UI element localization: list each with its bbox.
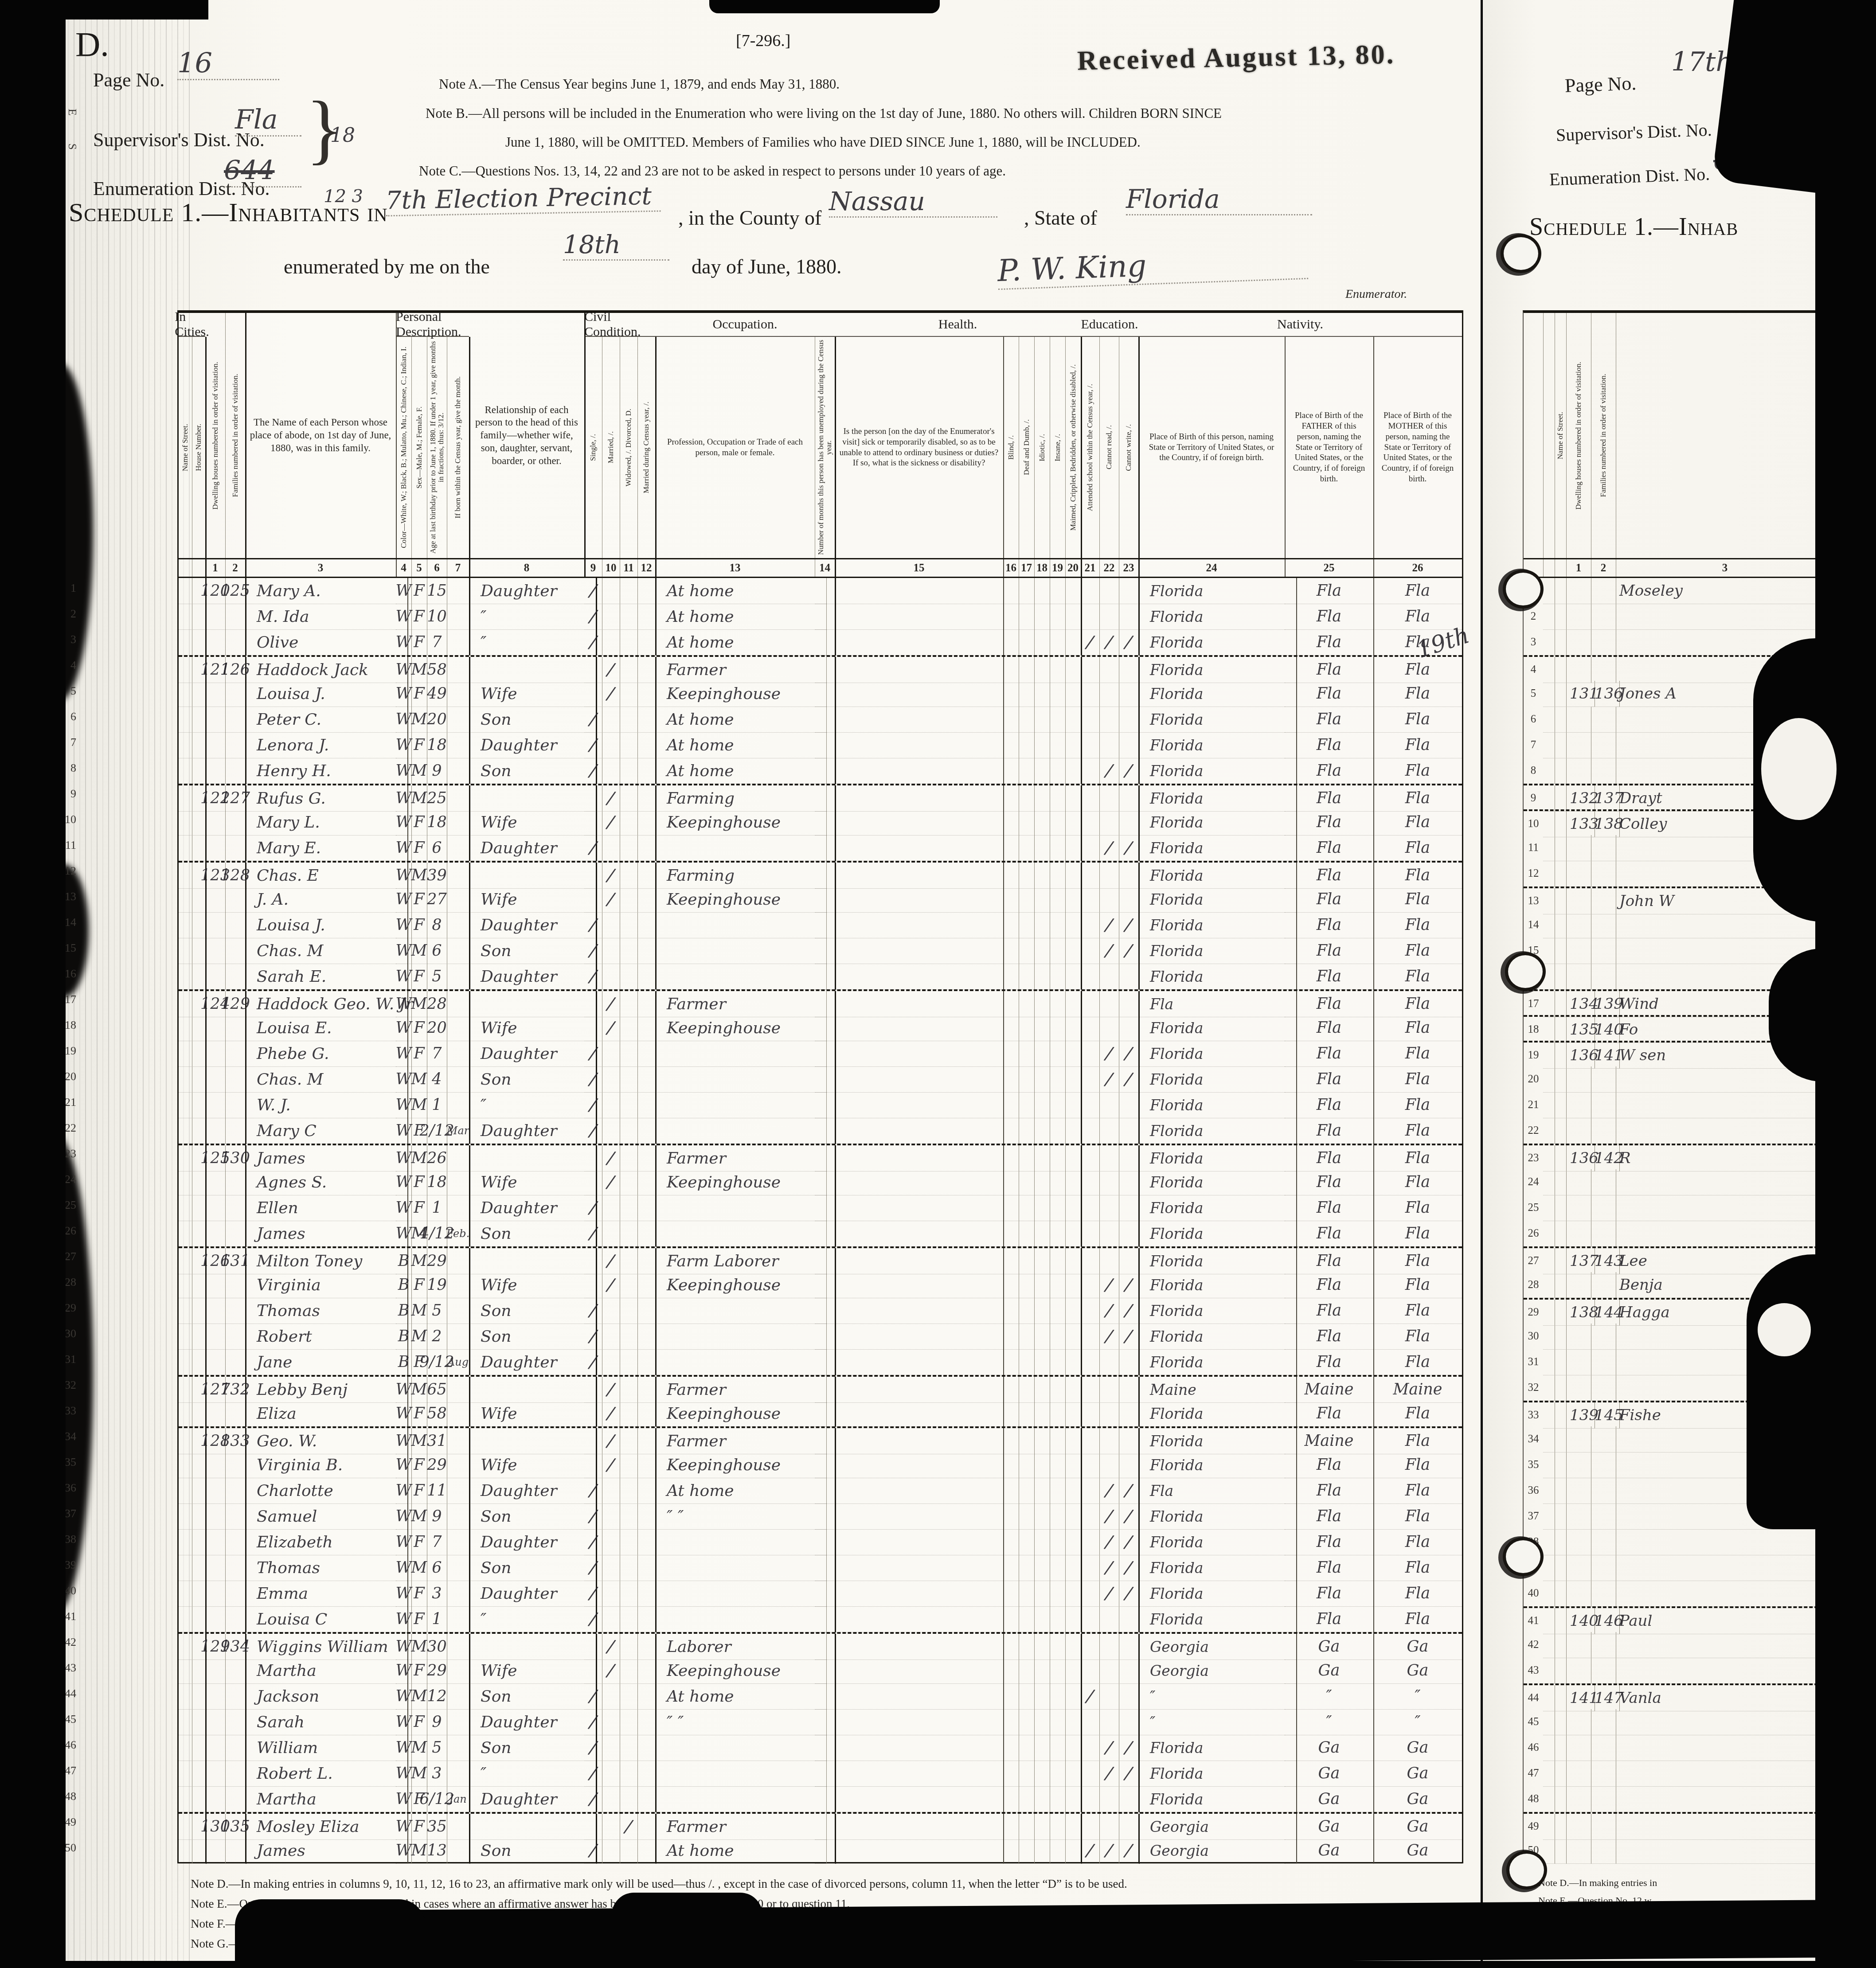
row-cell: / (1099, 758, 1119, 784)
row-cell (1034, 1377, 1050, 1403)
rp-row-number: 35 (1524, 1452, 1543, 1478)
row-cell: / (602, 1634, 620, 1660)
row-cell (447, 1272, 470, 1298)
row-cell: 18 (427, 1169, 447, 1195)
row-cell (225, 1221, 246, 1247)
row-cell (1050, 1786, 1066, 1812)
row-cell: Wife (469, 886, 597, 913)
row-cell: / (584, 1761, 602, 1787)
table-row: VirginiaBF19Wife/Keepinghouse//FloridaFl… (179, 1272, 1462, 1298)
row-cell: 4/12 (427, 1221, 447, 1247)
row-cell (584, 1248, 602, 1274)
row-cell: 6 (427, 835, 447, 861)
rp-row-cell (1591, 1709, 1616, 1735)
row-cell: W (396, 1118, 412, 1144)
rp-row-cell (1566, 629, 1591, 656)
row-cell (835, 1683, 1004, 1710)
row-cell: Georgia (1138, 1838, 1297, 1864)
rp-row-cell (1616, 1092, 1834, 1118)
row-cell: 128 (225, 863, 246, 889)
rp-table-row: 21 (1524, 1092, 1834, 1118)
rp-row-cell (1591, 1452, 1616, 1478)
row-cell: / (1099, 1555, 1119, 1581)
row-cell (1050, 707, 1066, 733)
rp-table-row: 24 (1524, 1169, 1834, 1195)
row-cell: Martha (245, 1658, 408, 1684)
column-header-label: Number of months this person has been un… (816, 337, 834, 558)
row-cell (1119, 578, 1140, 604)
row-cell (225, 1478, 246, 1504)
row-cell: / (1119, 1272, 1140, 1298)
row-cell (1003, 1195, 1019, 1221)
table-row: Chas. MWM4Son///FloridaFlaFla (179, 1066, 1462, 1092)
row-cell (205, 629, 226, 656)
row-cell (447, 629, 470, 656)
row-cell: Fla (1373, 1581, 1462, 1607)
row-cell: Ga (1285, 1634, 1374, 1660)
row-cell (1034, 809, 1050, 836)
schedule-place: 7th Election Precinct (385, 182, 661, 217)
row-cell (835, 1658, 1004, 1684)
row-cell (1050, 1349, 1066, 1375)
row-cell (225, 1503, 246, 1530)
row-cell (620, 886, 638, 913)
row-cell: At home (655, 732, 827, 758)
row-cell: Keepinghouse (655, 886, 827, 913)
row-cell (835, 732, 1004, 758)
row-cell: 9 (427, 1709, 447, 1735)
rp-row-cell (1555, 732, 1567, 758)
rp-row-cell (1555, 835, 1567, 861)
row-cell (1019, 1581, 1035, 1607)
row-cell (620, 1529, 638, 1555)
row-cell: M (411, 1145, 427, 1171)
rp-row-cell (1543, 1581, 1555, 1607)
row-cell: / (602, 809, 620, 836)
table-row: MarthaWF29Wife/KeepinghouseGeorgiaGaGa (179, 1658, 1462, 1683)
rp-page-no-label: Page No. (1564, 72, 1637, 97)
row-cell (1065, 1503, 1082, 1530)
rp-table-row: 38 (1524, 1529, 1834, 1555)
row-cell (1019, 809, 1035, 836)
row-cell (1019, 1145, 1035, 1171)
row-cell (1065, 886, 1082, 913)
row-cell (1081, 1298, 1100, 1324)
row-cell: Florida (1138, 1324, 1297, 1350)
row-cell: 9 (427, 758, 447, 784)
row-cell: Louisa J. (245, 681, 408, 707)
rp-column-number: 2 (1591, 559, 1616, 577)
row-cell (1081, 1761, 1100, 1787)
rp-row-cell (1566, 1452, 1591, 1478)
row-cell (1050, 1606, 1066, 1632)
row-cell: Maine (1138, 1377, 1297, 1403)
row-cell (1065, 991, 1082, 1017)
row-cell (447, 1066, 470, 1093)
column-header-label: Married during Census year, /. (641, 399, 651, 496)
rp-row-number: 30 (1524, 1324, 1543, 1349)
column-header-label: Married, /. (606, 429, 616, 466)
row-cell: ″ (1285, 1683, 1374, 1710)
row-cell: Fla (1285, 578, 1374, 604)
row-cell: Fla (1285, 1529, 1374, 1555)
row-cell (1065, 1324, 1082, 1350)
row-cell (192, 1735, 207, 1761)
row-cell (1119, 1709, 1140, 1735)
row-cell: Daughter (469, 1786, 597, 1812)
column-number: 12 (637, 559, 657, 577)
rp-column-header-label: Name of Street. (1556, 409, 1565, 462)
row-cell: Fla (1285, 1606, 1374, 1632)
row-cell: / (1099, 1066, 1119, 1093)
rp-row-number: 46 (1524, 1735, 1543, 1761)
rp-row-cell (1566, 888, 1591, 914)
row-cell (1099, 1015, 1119, 1041)
column-header: Dwelling houses numbered in order of vis… (205, 313, 226, 558)
row-cell (1065, 863, 1082, 889)
row-cell: B (396, 1349, 412, 1375)
row-cell (620, 657, 638, 683)
row-cell (637, 732, 657, 758)
row-cell (1034, 1401, 1050, 1427)
rp-row-cell (1616, 1632, 1834, 1658)
row-cell (205, 1683, 226, 1710)
row-cell: 49 (427, 681, 447, 707)
row-cell (1034, 1015, 1050, 1041)
row-cell (1081, 1658, 1100, 1684)
row-cell: ″ (469, 1761, 597, 1787)
row-cell (637, 1015, 657, 1041)
column-group-label: Education. (1081, 313, 1138, 337)
row-cell: B (396, 1298, 412, 1324)
row-cell (1050, 1658, 1066, 1684)
row-cell: Fla (1373, 1272, 1462, 1298)
row-cell: / (584, 835, 602, 861)
row-cell (602, 629, 620, 656)
row-cell (179, 835, 192, 861)
row-cell (1081, 1606, 1100, 1632)
row-cell: / (1099, 1503, 1119, 1530)
row-cell (447, 938, 470, 964)
row-cell (835, 1324, 1004, 1350)
row-cell: B (396, 1248, 412, 1274)
row-cell (1019, 604, 1035, 630)
row-cell (225, 1555, 246, 1581)
row-cell (1119, 809, 1140, 836)
row-cell: Ga (1373, 1786, 1462, 1812)
row-cell: M (411, 991, 427, 1017)
rp-row-number: 33 (1524, 1402, 1543, 1428)
row-cell (1081, 886, 1100, 913)
rp-row-cell (1566, 1349, 1591, 1375)
row-cell (1119, 1092, 1140, 1118)
row-cell: Keepinghouse (655, 1452, 827, 1478)
row-cell: James (245, 1145, 408, 1171)
form-code: [7-296.] (736, 31, 790, 51)
row-cell (225, 1195, 246, 1221)
rp-table-row: 15 (1524, 938, 1834, 964)
row-cell: Maine (1285, 1377, 1374, 1403)
rp-table-row: 46 (1524, 1735, 1834, 1761)
rp-row-number: 29 (1524, 1300, 1543, 1325)
rp-census-table: Name of Street.Dwelling houses numbered … (1523, 310, 1834, 1862)
row-cell (620, 1349, 638, 1375)
row-cell: 7 (427, 629, 447, 656)
row-cell: Wife (469, 681, 597, 707)
row-cell: F (411, 1452, 427, 1478)
rp-schedule-title: Schedule 1.—Inhab (1529, 213, 1738, 241)
row-cell (1050, 912, 1066, 938)
row-cell (637, 785, 657, 812)
row-cell: M (411, 1634, 427, 1660)
row-cell (1099, 1683, 1119, 1710)
row-cell (655, 835, 827, 861)
table-row: 126131Milton ToneyBM29/Farm LaborerFlori… (179, 1246, 1462, 1274)
row-cell: Fla (1285, 912, 1374, 938)
rp-row-cell (1555, 1043, 1567, 1069)
row-cell: / (1099, 629, 1119, 656)
rp-row-number: 34 (1524, 1426, 1543, 1452)
rp-table-row: 40 (1524, 1581, 1834, 1606)
row-cell (192, 809, 207, 836)
row-cell: Florida (1138, 629, 1297, 656)
row-cell (1081, 1735, 1100, 1761)
row-cell: 125 (225, 578, 246, 604)
row-cell (1034, 732, 1050, 758)
row-cell: Wiggins William (245, 1634, 408, 1660)
row-cell (1119, 1634, 1140, 1660)
row-cell (1065, 707, 1082, 733)
column-number: 13 (655, 559, 815, 577)
row-cell: W (396, 578, 412, 604)
row-cell: At home (655, 1478, 827, 1504)
rp-row-number: 3 (1524, 629, 1543, 655)
row-cell (1081, 732, 1100, 758)
row-cell (1050, 1015, 1066, 1041)
rp-row-cell (1566, 707, 1591, 733)
rp-row-cell (1543, 861, 1555, 887)
row-cell: Peter C. (245, 707, 408, 733)
row-cell (835, 1786, 1004, 1812)
row-cell (1019, 1428, 1035, 1454)
column-number: 11 (620, 559, 638, 577)
row-cell: 129 (225, 991, 246, 1017)
row-cell (835, 1118, 1004, 1144)
table-row: J. A.WF27Wife/KeepinghouseFloridaFlaFla (179, 886, 1462, 912)
row-cell (1065, 1814, 1082, 1840)
row-cell: Wife (469, 809, 597, 836)
row-cell (1003, 681, 1019, 707)
row-cell: 10 (427, 604, 447, 630)
row-cell (179, 1169, 192, 1195)
column-number: 14 (815, 559, 836, 577)
rp-row-cell (1555, 1118, 1567, 1144)
row-cell (225, 1452, 246, 1478)
rp-row-cell (1555, 938, 1567, 964)
row-cell (1081, 1452, 1100, 1478)
row-cell (447, 1478, 470, 1504)
row-cell: 6/12 (427, 1786, 447, 1812)
row-cell (584, 1169, 602, 1195)
row-cell (1099, 1658, 1119, 1684)
row-cell (1081, 863, 1100, 889)
row-cell (447, 964, 470, 990)
rp-row-number: 18 (1524, 1017, 1543, 1043)
rp-row-cell (1555, 861, 1567, 887)
row-cell (1003, 732, 1019, 758)
row-cell (179, 785, 192, 812)
row-cell: / (1099, 912, 1119, 938)
row-cell: Fla (1285, 785, 1374, 812)
table-row: Lenora J.WF18Daughter/At homeFloridaFlaF… (179, 732, 1462, 758)
row-cell (1099, 1248, 1119, 1274)
row-cell (602, 1092, 620, 1118)
row-cell (1003, 809, 1019, 836)
row-cell (835, 1581, 1004, 1607)
row-cell (1081, 604, 1100, 630)
row-cell (179, 629, 192, 656)
rp-row-cell (1591, 1581, 1616, 1607)
row-cell: Fla (1373, 681, 1462, 707)
row-cell (835, 809, 1004, 836)
row-cell: 132 (225, 1377, 246, 1403)
row-cell (225, 629, 246, 656)
row-cell (620, 1118, 638, 1144)
rp-row-cell (1543, 1555, 1555, 1581)
row-cell: Florida (1138, 1761, 1297, 1787)
row-cell: M (411, 1555, 427, 1581)
row-cell (835, 1428, 1004, 1454)
row-cell (655, 1349, 827, 1375)
rp-row-number: 25 (1524, 1195, 1543, 1221)
row-cell (602, 1838, 620, 1864)
rp-row-cell (1616, 1195, 1834, 1221)
row-cell: 3 (427, 1761, 447, 1787)
column-number: 26 (1373, 559, 1462, 577)
row-cell: Fla (1285, 886, 1374, 913)
column-header-label: Idiotic, /. (1037, 431, 1047, 464)
row-cell (1119, 732, 1140, 758)
row-cell (1034, 1503, 1050, 1530)
row-cell (1050, 1324, 1066, 1350)
column-number: 9 (584, 559, 602, 577)
rp-row-cell (1566, 938, 1591, 964)
row-cell (1065, 681, 1082, 707)
rp-row-cell (1566, 1555, 1591, 1581)
row-cell: / (602, 1015, 620, 1041)
row-cell (1099, 604, 1119, 630)
row-cell (1081, 1555, 1100, 1581)
row-cell (1034, 1478, 1050, 1504)
rp-row-number: 24 (1524, 1169, 1543, 1195)
row-cell: M (411, 938, 427, 964)
row-cell (1050, 758, 1066, 784)
rp-row-cell (1566, 657, 1591, 683)
row-cell (1003, 1066, 1019, 1093)
column-header: The Name of each Person whose place of a… (245, 313, 397, 558)
row-cell (620, 707, 638, 733)
row-cell: 18 (427, 809, 447, 836)
row-cell: Wife (469, 1272, 597, 1298)
row-cell (1050, 1298, 1066, 1324)
table-row: Mary L.WF18Wife/KeepinghouseFloridaFlaFl… (179, 809, 1462, 835)
row-cell: 5 (427, 1735, 447, 1761)
row-cell (1003, 912, 1019, 938)
row-cell (179, 1015, 192, 1041)
row-cell: Farming (655, 863, 827, 889)
row-cell (602, 912, 620, 938)
row-cell (469, 785, 597, 812)
rp-row-cell (1566, 1066, 1591, 1093)
row-cell: 19 (427, 1272, 447, 1298)
row-cell: W (396, 732, 412, 758)
row-cell: ″ ″ (655, 1709, 827, 1735)
row-cell: M (411, 1248, 427, 1274)
row-cell: F (411, 1401, 427, 1427)
rp-row-cell (1543, 1145, 1555, 1171)
row-cell (179, 1428, 192, 1454)
row-cell (1050, 1169, 1066, 1195)
row-cell (179, 732, 192, 758)
row-cell (637, 938, 657, 964)
row-cell (620, 1634, 638, 1660)
rp-row-cell (1555, 604, 1567, 630)
row-cell (205, 1838, 226, 1864)
row-cell (835, 1015, 1004, 1041)
row-cell (179, 604, 192, 630)
row-cell (620, 1169, 638, 1195)
row-cell (225, 1786, 246, 1812)
rp-row-cell (1555, 1814, 1567, 1840)
rp-row-cell (1543, 1221, 1555, 1247)
row-cell: Florida (1138, 604, 1297, 630)
column-number: 19 (1050, 559, 1066, 577)
row-cell (1119, 1377, 1140, 1403)
row-cell: 13 (427, 1838, 447, 1864)
rp-row-cell (1566, 1426, 1591, 1453)
rp-footer-note-d: Note D.—In making entries in (1538, 1877, 1813, 1889)
row-cell (205, 732, 226, 758)
row-cell (447, 1452, 470, 1478)
row-cell: At home (655, 604, 827, 630)
row-cell: 58 (427, 1401, 447, 1427)
row-cell: Daughter (469, 835, 597, 861)
row-cell (1019, 1634, 1035, 1660)
row-cell (1050, 964, 1066, 990)
row-cell (637, 1838, 657, 1864)
row-cell (1019, 1683, 1035, 1710)
table-row: Peter C.WM20Son/At homeFloridaFlaFla (179, 707, 1462, 732)
row-cell: / (584, 1324, 602, 1350)
row-cell (192, 707, 207, 733)
row-cell (179, 1503, 192, 1530)
row-cell (179, 758, 192, 784)
row-cell: / (1119, 758, 1140, 784)
rp-row-cell (1591, 1426, 1616, 1453)
row-cell: Fla (1285, 758, 1374, 784)
row-cell (1099, 809, 1119, 836)
row-cell (225, 1581, 246, 1607)
supervisor-brace-value: 18 (330, 124, 355, 147)
row-cell (447, 1683, 470, 1710)
row-cell: Keepinghouse (655, 809, 827, 836)
row-cell: W (396, 1786, 412, 1812)
row-cell (620, 1555, 638, 1581)
row-cell (620, 964, 638, 990)
row-cell (1003, 1735, 1019, 1761)
row-cell: ″ (1138, 1709, 1297, 1735)
row-cell: 25 (427, 785, 447, 812)
